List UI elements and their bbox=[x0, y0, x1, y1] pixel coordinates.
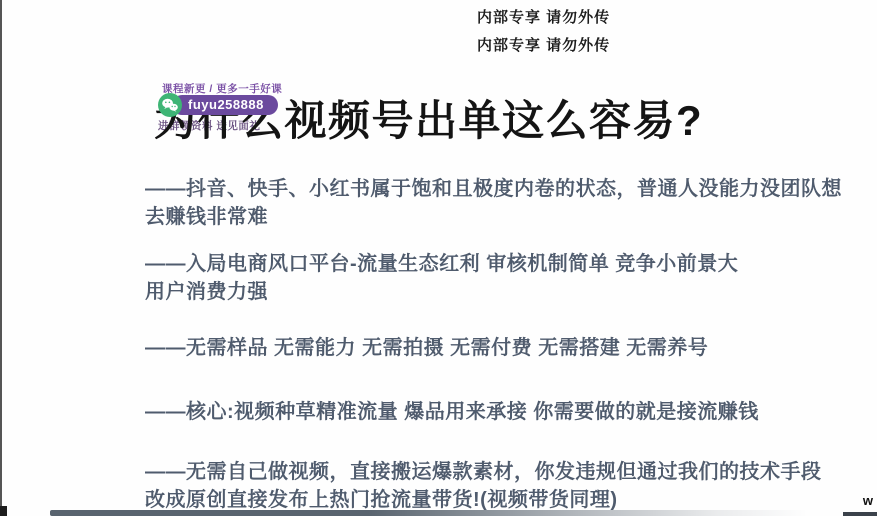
bullet-line: ——抖音、快手、小红书属于饱和且极度内卷的状态，普通人没能力没团队想 bbox=[145, 175, 865, 203]
bullet-paragraph-3: ——无需样品 无需能力 无需拍摄 无需付费 无需搭建 无需养号 bbox=[145, 334, 865, 362]
frame-bottom-left-mark bbox=[0, 506, 7, 516]
bullet-line: ——核心:视频种草精准流量 爆品用来承接 你需要做的就是接流赚钱 bbox=[145, 398, 865, 426]
bullet-line: ——无需自己做视频，直接搬运爆款素材，你发违规但通过我们的技术手段 bbox=[145, 458, 865, 486]
bullet-paragraph-2: ——入局电商风口平台-流量生态红利 审核机制简单 竞争小前景大 用户消费力强 bbox=[145, 250, 865, 306]
bullet-line: 去赚钱非常难 bbox=[145, 203, 865, 231]
bullet-paragraph-4: ——核心:视频种草精准流量 爆品用来承接 你需要做的就是接流赚钱 bbox=[145, 398, 865, 426]
watermark-badge-row: fuyu258888 bbox=[158, 93, 278, 117]
bullet-line: 用户消费力强 bbox=[145, 278, 865, 306]
bullet-line: ——无需样品 无需能力 无需拍摄 无需付费 无需搭建 无需养号 bbox=[145, 334, 865, 362]
wechat-id-badge: fuyu258888 bbox=[172, 95, 278, 115]
internal-notice-line-2: 内部专享 请勿外传 bbox=[477, 34, 610, 55]
bullet-paragraph-1: ——抖音、快手、小红书属于饱和且极度内卷的状态，普通人没能力没团队想 去赚钱非常… bbox=[145, 175, 865, 231]
wechat-icon bbox=[158, 93, 182, 117]
internal-notice-line-1: 内部专享 请勿外传 bbox=[477, 6, 610, 27]
frame-left-border bbox=[0, 0, 2, 516]
bullet-paragraph-5: ——无需自己做视频，直接搬运爆款素材，你发违规但通过我们的技术手段 改成原创直接… bbox=[145, 458, 865, 514]
bullet-line: ——入局电商风口平台-流量生态红利 审核机制简单 竞争小前景大 bbox=[145, 250, 865, 278]
bullet-line: 改成原创直接发布上热门抢流量带货!(视频带货同理) bbox=[145, 486, 865, 514]
